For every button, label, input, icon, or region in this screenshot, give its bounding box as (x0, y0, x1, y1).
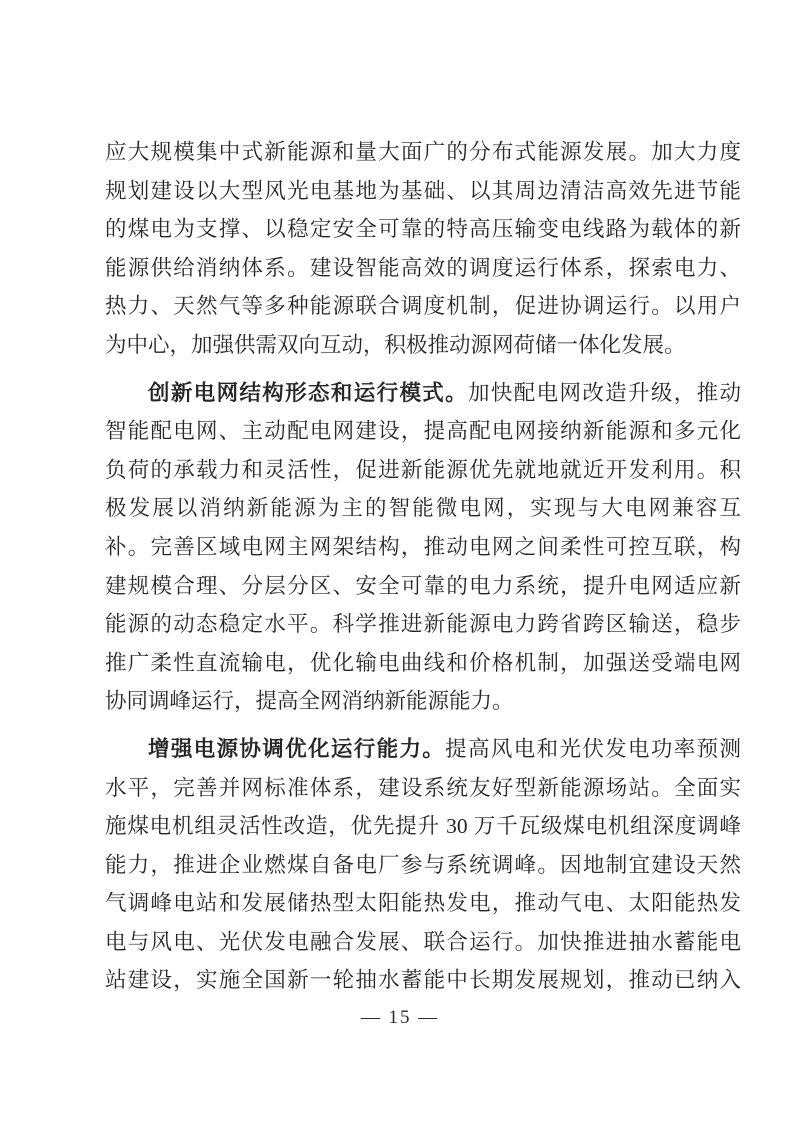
bold-lead-phrase: 创新电网结构形态和运行模式。 (148, 381, 468, 405)
paragraph: 应大规模集中式新能源和量大面广的分布式能源发展。加大力度规划建设以大型风光电基地… (105, 133, 741, 365)
text-line: 智能配电网、主动配电网建设，提高配电网接纳新能源和多元化 (105, 412, 741, 451)
text-line: 施煤电机组灵活性改造，优先提升 30 万千瓦级煤电机组深度调峰 (105, 807, 741, 846)
text-line: 建规模合理、分层分区、安全可靠的电力系统，提升电网适应新 (105, 567, 741, 606)
text-line: 为中心，加强供需双向互动，积极推动源网荷储一体化发展。 (105, 326, 741, 365)
text-line: 增强电源协调优化运行能力。提高风电和光伏发电功率预测 (105, 730, 741, 769)
body-text-block: 应大规模集中式新能源和量大面广的分布式能源发展。加大力度规划建设以大型风光电基地… (105, 133, 741, 1000)
text-line: 电与风电、光伏发电融合发展、联合运行。加快推进抽水蓄能电 (105, 923, 741, 962)
paragraph: 增强电源协调优化运行能力。提高风电和光伏发电功率预测水平，完善并网标准体系，建设… (105, 730, 741, 1000)
text-line: 协同调峰运行，提高全网消纳新能源能力。 (105, 682, 741, 721)
text-line: 的煤电为支撑、以稳定安全可靠的特高压输变电线路为载体的新 (105, 210, 741, 249)
paragraph: 创新电网结构形态和运行模式。加快配电网改造升级，推动智能配电网、主动配电网建设，… (105, 374, 741, 721)
text-line: 能源的动态稳定水平。科学推进新能源电力跨省跨区输送，稳步 (105, 605, 741, 644)
text-line: 负荷的承载力和灵活性，促进新能源优先就地就近开发利用。积 (105, 451, 741, 490)
text-line: 规划建设以大型风光电基地为基础、以其周边清洁高效先进节能 (105, 172, 741, 211)
bold-lead-phrase: 增强电源协调优化运行能力。 (148, 737, 445, 761)
text-line: 气调峰电站和发展储热型太阳能热发电，推动气电、太阳能热发 (105, 884, 741, 923)
document-page: 应大规模集中式新能源和量大面广的分布式能源发展。加大力度规划建设以大型风光电基地… (0, 0, 800, 1131)
text-line: 能力，推进企业燃煤自备电厂参与系统调峰。因地制宜建设天然 (105, 846, 741, 885)
page-number: — 15 — (0, 1004, 800, 1032)
text-line: 补。完善区域电网主网架结构，推动电网之间柔性可控互联，构 (105, 528, 741, 567)
text-line: 推广柔性直流输电，优化输电曲线和价格机制，加强送受端电网 (105, 644, 741, 683)
text-line: 能源供给消纳体系。建设智能高效的调度运行体系，探索电力、 (105, 249, 741, 288)
text-line: 水平，完善并网标准体系，建设系统友好型新能源场站。全面实 (105, 769, 741, 808)
text-line: 站建设，实施全国新一轮抽水蓄能中长期发展规划，推动已纳入 (105, 961, 741, 1000)
text-line: 极发展以消纳新能源为主的智能微电网，实现与大电网兼容互 (105, 489, 741, 528)
text-line: 应大规模集中式新能源和量大面广的分布式能源发展。加大力度 (105, 133, 741, 172)
text-line: 创新电网结构形态和运行模式。加快配电网改造升级，推动 (105, 374, 741, 413)
text-line: 热力、天然气等多种能源联合调度机制，促进协调运行。以用户 (105, 287, 741, 326)
